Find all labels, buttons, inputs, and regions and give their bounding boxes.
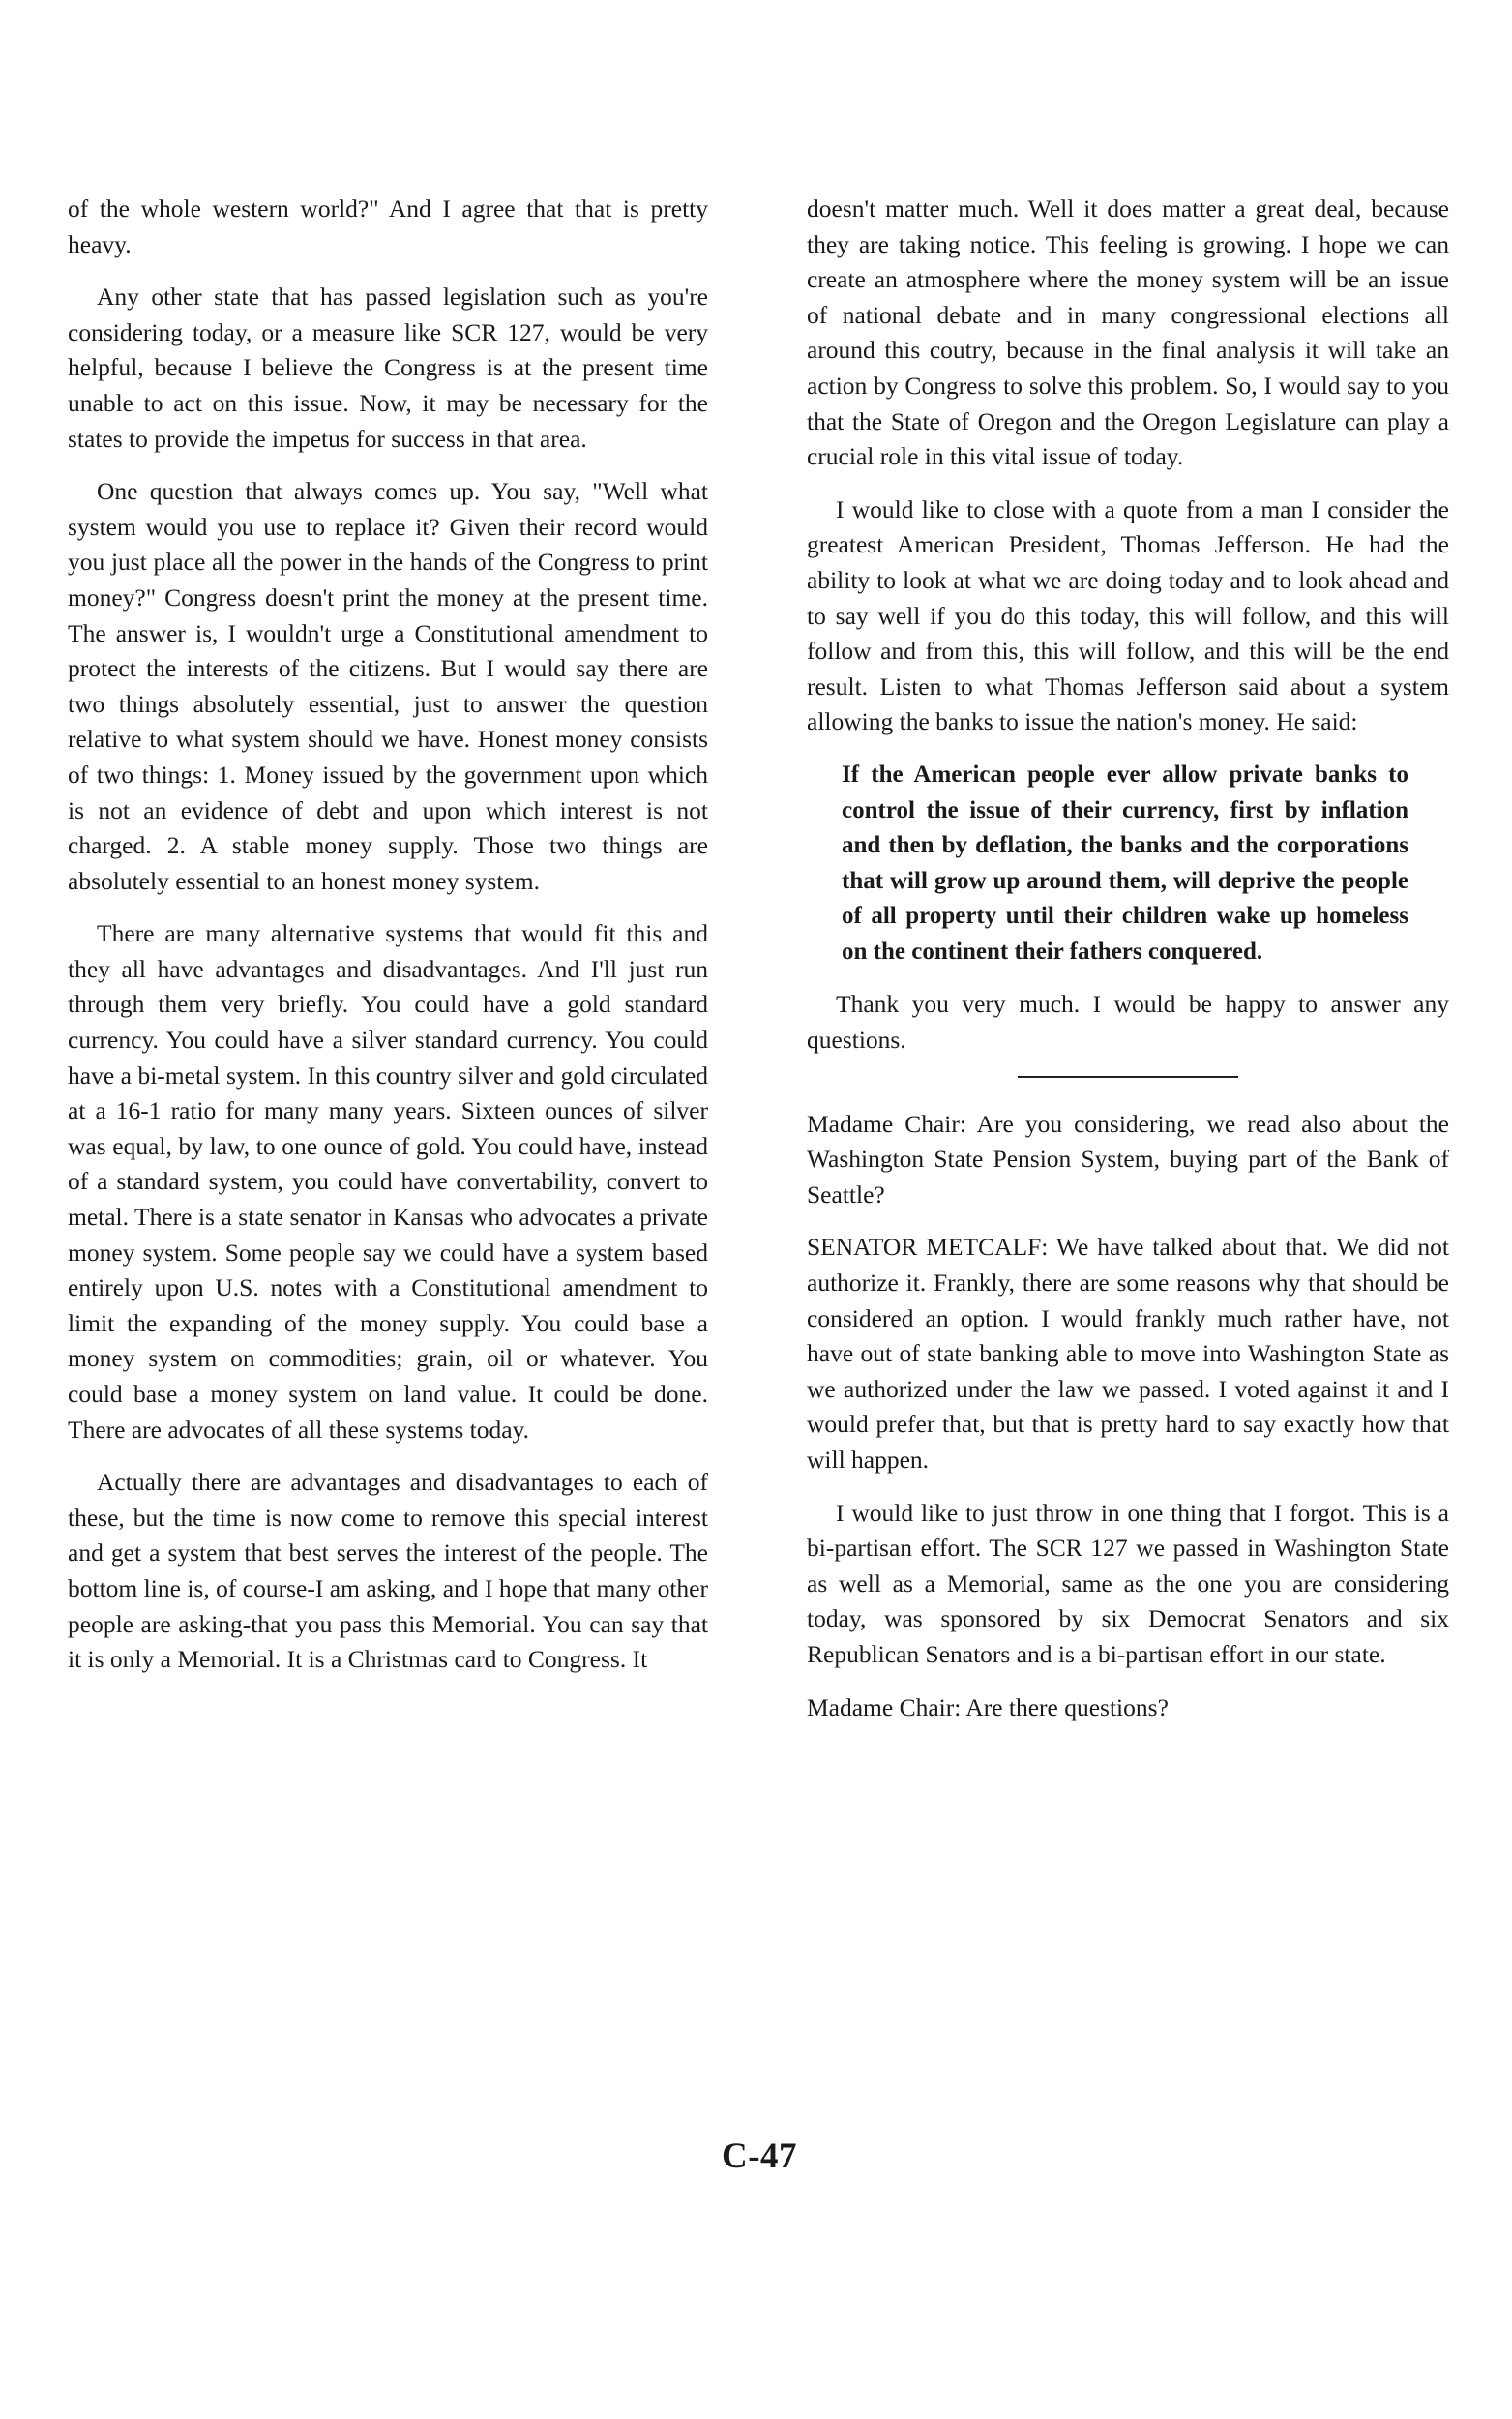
jefferson-quote: If the American people ever allow privat…: [807, 758, 1449, 971]
left-column: of the whole western world?" And I agree…: [68, 192, 708, 1695]
paragraph-continuation-right: doesn't matter much. Well it does matter…: [807, 192, 1449, 475]
paragraph-replacement-question: One question that always comes up. You s…: [68, 474, 708, 899]
paragraph-closing: Thank you very much. I would be happy to…: [807, 987, 1449, 1058]
paragraph-advantages: Actually there are advantages and disadv…: [68, 1465, 708, 1678]
page-number: C-47: [722, 2135, 797, 2177]
transcript-chair-question: Madame Chair: Are you considering, we re…: [807, 1107, 1449, 1213]
paragraph-alternative-systems: There are many alternative systems that …: [68, 916, 708, 1448]
transcript-chair-questions: Madame Chair: Are there questions?: [807, 1690, 1449, 1726]
right-column: doesn't matter much. Well it does matter…: [807, 192, 1449, 1743]
paragraph-continuation: of the whole western world?" And I agree…: [68, 192, 708, 262]
paragraph-other-states: Any other state that has passed legislat…: [68, 280, 708, 457]
transcript-bipartisan-note: I would like to just throw in one thing …: [807, 1496, 1449, 1673]
transcript-senator-answer: SENATOR METCALF: We have talked about th…: [807, 1230, 1449, 1478]
paragraph-jefferson-intro: I would like to close with a quote from …: [807, 493, 1449, 740]
section-divider: [1018, 1076, 1238, 1078]
